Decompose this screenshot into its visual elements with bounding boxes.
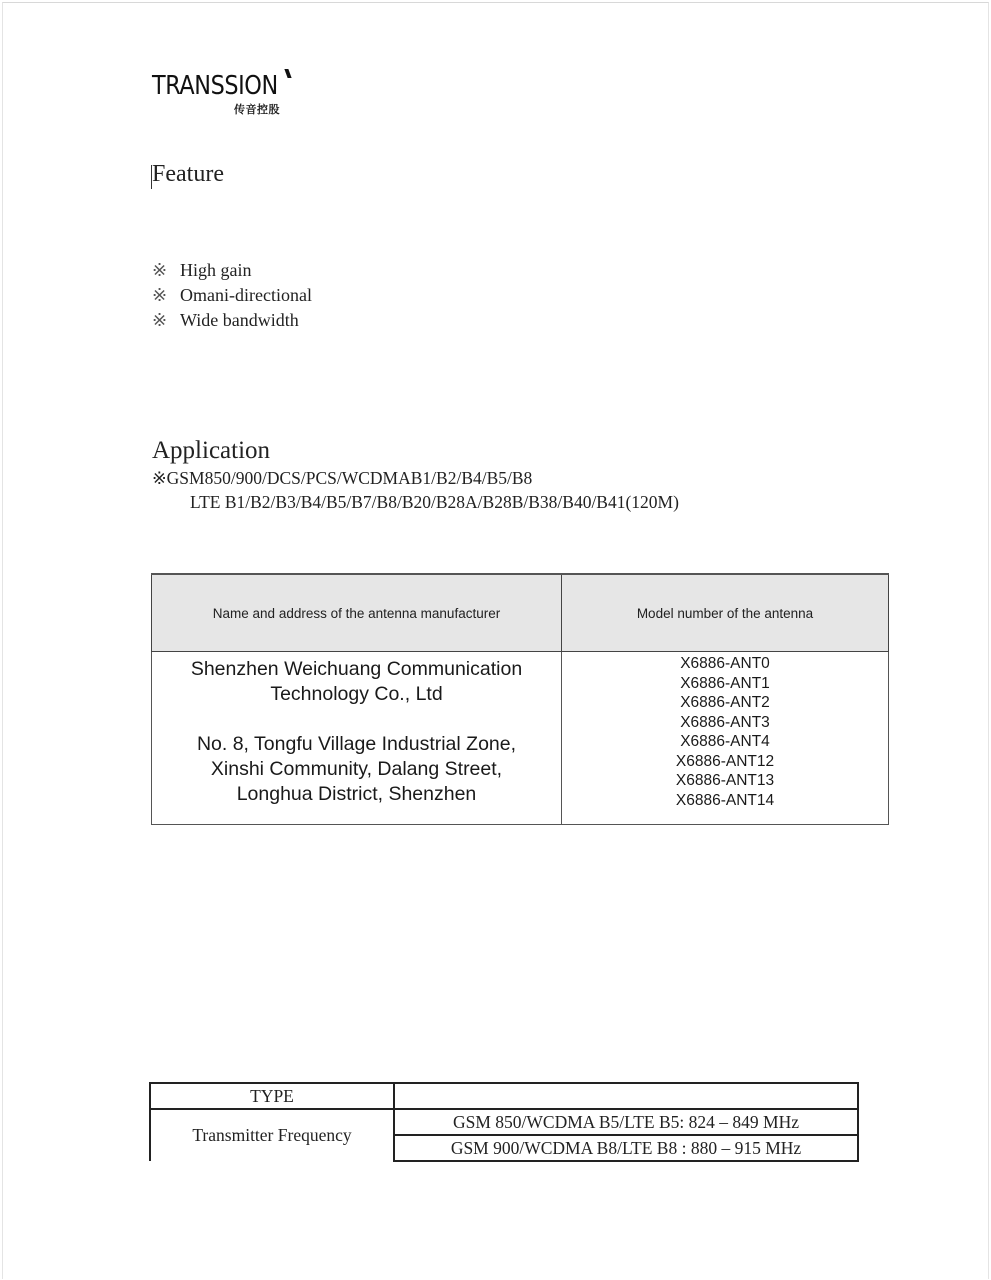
reference-mark-icon: ※ <box>152 258 180 283</box>
model-item: X6886-ANT14 <box>563 791 887 811</box>
application-heading: Application <box>152 437 270 465</box>
manufacturer-name: Shenzhen Weichuang Communication Technol… <box>153 657 560 707</box>
table-header-row: Name and address of the antenna manufact… <box>152 574 889 652</box>
logo-accent-mark <box>284 69 291 78</box>
model-numbers-cell: X6886-ANT0 X6886-ANT1 X6886-ANT2 X6886-A… <box>562 652 889 825</box>
model-item: X6886-ANT2 <box>563 693 887 713</box>
model-item: X6886-ANT13 <box>563 771 887 791</box>
logo-subtitle: 传音控股 <box>234 101 280 117</box>
type-value-cell <box>394 1083 858 1109</box>
frequency-value: GSM 850/WCDMA B5/LTE B5: 824 – 849 MHz <box>394 1109 858 1135</box>
application-lte-bands-line: LTE B1/B2/B3/B4/B5/B7/B8/B20/B28A/B28B/B… <box>190 492 679 513</box>
reference-mark-icon: ※ <box>152 308 180 333</box>
frequency-table: TYPE Transmitter Frequency GSM 850/WCDMA… <box>149 1082 859 1162</box>
feature-heading: Feature <box>152 161 224 188</box>
transsion-logo: TRANSSION 传音控股 <box>152 69 302 119</box>
header-manufacturer: Name and address of the antenna manufact… <box>152 574 562 652</box>
feature-list: ※High gain ※Omani-directional ※Wide band… <box>152 258 312 333</box>
manufacturer-address: No. 8, Tongfu Village Industrial Zone, X… <box>153 732 560 807</box>
header-model-number: Model number of the antenna <box>562 574 889 652</box>
model-list: X6886-ANT0 X6886-ANT1 X6886-ANT2 X6886-A… <box>563 653 887 810</box>
antenna-manufacturer-table: Name and address of the antenna manufact… <box>151 573 889 825</box>
model-item: X6886-ANT0 <box>563 654 887 674</box>
feature-item: ※High gain <box>152 258 312 283</box>
model-item: X6886-ANT3 <box>563 713 887 733</box>
table-row: Shenzhen Weichuang Communication Technol… <box>152 652 889 825</box>
table-row: TYPE <box>150 1083 858 1109</box>
model-item: X6886-ANT12 <box>563 752 887 772</box>
transmitter-frequency-label: Transmitter Frequency <box>150 1109 394 1161</box>
model-item: X6886-ANT1 <box>563 674 887 694</box>
application-bands-line: ※GSM850/900/DCS/PCS/WCDMAB1/B2/B4/B5/B8 <box>152 468 532 489</box>
table-row: Transmitter Frequency GSM 850/WCDMA B5/L… <box>150 1109 858 1135</box>
type-label-cell: TYPE <box>150 1083 394 1109</box>
logo-brand: TRANSSION <box>152 71 278 101</box>
model-item: X6886-ANT4 <box>563 732 887 752</box>
feature-item: ※Omani-directional <box>152 283 312 308</box>
document-page: TRANSSION 传音控股 Feature ※High gain ※Omani… <box>2 2 989 1279</box>
frequency-value: GSM 900/WCDMA B8/LTE B8 : 880 – 915 MHz <box>394 1135 858 1161</box>
reference-mark-icon: ※ <box>152 283 180 308</box>
manufacturer-cell: Shenzhen Weichuang Communication Technol… <box>152 652 562 825</box>
feature-item: ※Wide bandwidth <box>152 308 312 333</box>
